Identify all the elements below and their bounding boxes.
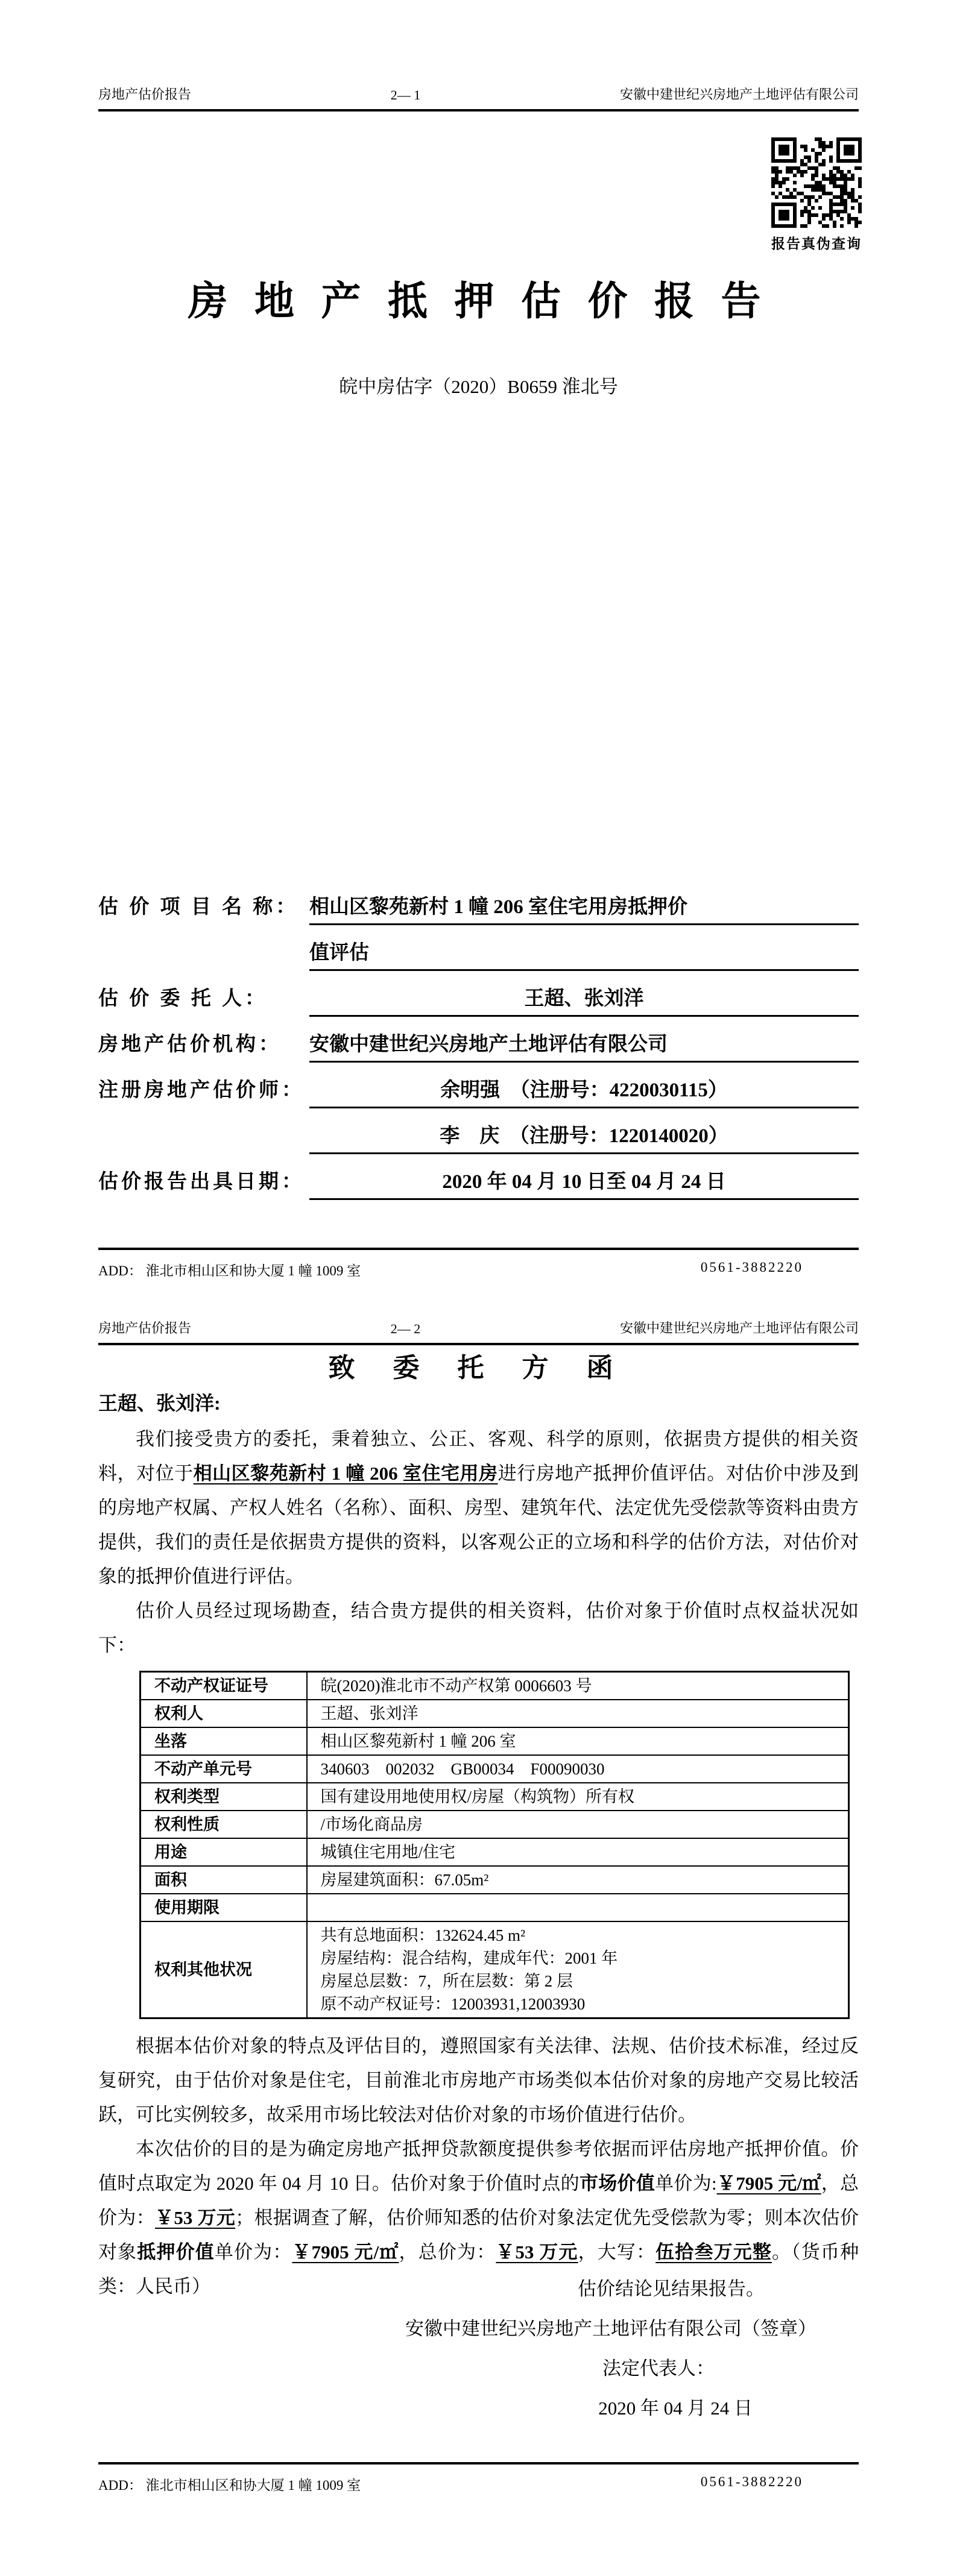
field-label: 房地产估价机构： (98, 1028, 309, 1063)
text-segment: ￥53 万元 (496, 2241, 578, 2263)
cover-fields-block: 估 价 项 目 名 称：相山区黎苑新村 1 幢 206 室住宅用房抵押价值评估估… (98, 891, 859, 1211)
field-value-underlined: 余明强 （注册号：4220030115） (309, 1074, 859, 1108)
letter-closing-block: 估价结论见结果报告。 安徽中建世纪兴房地产土地评估有限公司（签章） 法定代表人：… (98, 2269, 859, 2428)
cover-field-row: 房地产估价机构：安徽中建世纪兴房地产土地评估有限公司 (98, 1028, 859, 1063)
text-segment: ￥53 万元 (155, 2207, 235, 2228)
property-rights-table: 不动产权证证号皖(2020)淮北市不动产权第 0006603 号权利人王超、张刘… (139, 1671, 850, 2019)
table-row-label: 面积 (141, 1866, 307, 1894)
field-label (98, 937, 309, 971)
text-segment: ，总价为： (399, 2241, 496, 2263)
paragraph-engagement: 我们接受贵方的委托，秉着独立、公正、客观、科学的原则，依据贵方提供的相关资料，对… (98, 1422, 859, 1594)
field-value-underlined: 王超、张刘洋 (309, 982, 859, 1017)
footer-phone: 0561-3882220 (701, 1260, 859, 1280)
table-row-label: 不动产权证证号 (141, 1672, 307, 1700)
table-row-value: 皖(2020)淮北市不动产权第 0006603 号 (307, 1672, 849, 1700)
qr-code-icon (771, 137, 862, 228)
paragraph-inspection: 估价人员经过现场勘查，结合贵方提供的相关资料，估价对象于价值时点权益状况如下： (98, 1594, 859, 1662)
footer-address: ADD： 淮北市相山区和协大厦 1 幢 1009 室 (98, 2474, 361, 2494)
table-row-value: 340603 002032 GB00034 F00090030 (307, 1755, 849, 1783)
cover-field-row: 李 庆 （注册号：1220140020） (98, 1120, 859, 1154)
report-number: 皖中房估字（2020）B0659 淮北号 (0, 371, 957, 398)
cover-field-row: 注册房地产估价师：余明强 （注册号：4220030115） (98, 1074, 859, 1108)
page1-running-header: 房地产估价报告 2— 1 安徽中建世纪兴房地产土地评估有限公司 (98, 84, 859, 112)
table-value-line: 房屋结构：混合结构，建成年代：2001 年 (321, 1947, 844, 1970)
letter-title: 致 委 托 方 函 (0, 1346, 957, 1384)
table-row: 权利其他状况共有总地面积：132624.45 m²房屋结构：混合结构，建成年代：… (141, 1921, 849, 2018)
table-row: 用途城镇住宅用地/住宅 (141, 1838, 849, 1866)
field-value-underlined: 相山区黎苑新村 1 幢 206 室住宅用房抵押价 (309, 891, 859, 925)
page2-running-footer: ADD： 淮北市相山区和协大厦 1 幢 1009 室 0561-3882220 (98, 2462, 859, 2494)
field-label: 估 价 项 目 名 称： (98, 891, 309, 925)
text-segment: 单价为: (655, 2173, 716, 2194)
table-row: 权利类型国有建设用地使用权/房屋（构筑物）所有权 (141, 1783, 849, 1811)
table-row: 权利性质/市场化商品房 (141, 1811, 849, 1838)
table-row-value: 国有建设用地使用权/房屋（构筑物）所有权 (307, 1783, 849, 1811)
footer-phone: 0561-3882220 (701, 2474, 859, 2494)
table-row-label: 坐落 (141, 1727, 307, 1755)
letter-salutation: 王超、张刘洋: (98, 1388, 221, 1416)
table-row: 不动产权证证号皖(2020)淮北市不动产权第 0006603 号 (141, 1672, 849, 1700)
closing-legal-representative-line: 法定代表人： (98, 2349, 859, 2389)
footer-address: ADD： 淮北市相山区和协大厦 1 幢 1009 室 (98, 1260, 361, 1280)
table-value-line: 相山区黎苑新村 1 幢 206 室 (321, 1730, 844, 1753)
table-value-line: 城镇住宅用地/住宅 (321, 1841, 844, 1864)
header-company-name: 安徽中建世纪兴房地产土地评估有限公司 (620, 84, 859, 103)
closing-company-seal-line: 安徽中建世纪兴房地产土地评估有限公司（签章） (98, 2309, 859, 2349)
table-row: 面积房屋建筑面积：67.05m² (141, 1866, 849, 1894)
table-row-value: /市场化商品房 (307, 1811, 849, 1838)
text-segment: 抵押价值 (137, 2241, 215, 2263)
field-value-underlined: 安徽中建世纪兴房地产土地评估有限公司 (309, 1028, 859, 1063)
table-row-label: 权利性质 (141, 1811, 307, 1838)
closing-conclusion-note: 估价结论见结果报告。 (98, 2269, 859, 2309)
table-row-label: 权利人 (141, 1700, 307, 1727)
text-segment: 市场价值 (580, 2173, 655, 2194)
text-segment: ，大写： (578, 2241, 656, 2263)
table-row: 不动产单元号340603 002032 GB00034 F00090030 (141, 1755, 849, 1783)
table-value-line: 房屋建筑面积：67.05m² (321, 1868, 844, 1891)
field-label: 注册房地产估价师： (98, 1074, 309, 1108)
field-label: 估价报告出具日期： (98, 1166, 309, 1200)
text-segment: 单价为： (215, 2241, 292, 2263)
table-row-label: 用途 (141, 1838, 307, 1866)
table-value-line: 共有总地面积：132624.45 m² (321, 1924, 844, 1947)
header-doc-type: 房地产估价报告 (98, 1318, 191, 1337)
table-value-line: 王超、张刘洋 (321, 1702, 844, 1725)
table-row-label: 权利类型 (141, 1783, 307, 1811)
table-row: 使用期限 (141, 1894, 849, 1921)
text-segment: 根据本估价对象的特点及评估目的，遵照国家有关法律、法规、估价技术标准，经过反复研… (98, 2035, 859, 2125)
table-row: 权利人王超、张刘洋 (141, 1700, 849, 1727)
cover-field-row: 估价报告出具日期：2020 年 04 月 10 日至 04 月 24 日 (98, 1166, 859, 1200)
table-value-line: 皖(2020)淮北市不动产权第 0006603 号 (321, 1674, 844, 1697)
table-row-value: 共有总地面积：132624.45 m²房屋结构：混合结构，建成年代：2001 年… (307, 1921, 849, 2018)
paragraph-method: 根据本估价对象的特点及评估目的，遵照国家有关法律、法规、估价技术标准，经过反复研… (98, 2029, 859, 2132)
page1-running-footer: ADD： 淮北市相山区和协大厦 1 幢 1009 室 0561-3882220 (98, 1248, 859, 1280)
field-value-underlined: 李 庆 （注册号：1220140020） (309, 1120, 859, 1154)
text-segment: ￥7905 元/㎡ (292, 2241, 399, 2263)
closing-date: 2020 年 04 月 24 日 (98, 2389, 859, 2428)
table-row-value (307, 1894, 849, 1921)
header-company-name: 安徽中建世纪兴房地产土地评估有限公司 (620, 1318, 859, 1337)
table-value-line: /市场化商品房 (321, 1813, 844, 1836)
cover-field-row: 估 价 项 目 名 称：相山区黎苑新村 1 幢 206 室住宅用房抵押价 (98, 891, 859, 925)
appraisal-report-document: { "colors": { "text": "#000000", "backgr… (0, 0, 957, 2576)
qr-caption: 报告真伪查询 (771, 233, 862, 253)
cover-field-row-continuation: 值评估 (98, 937, 859, 971)
header-page-number: 2— 1 (391, 87, 421, 103)
text-segment: 伍拾叁万元整 (655, 2241, 772, 2263)
field-label: 估 价 委 托 人： (98, 982, 309, 1017)
table-row-label: 权利其他状况 (141, 1921, 307, 2018)
table-row-label: 使用期限 (141, 1894, 307, 1921)
text-segment: ￥7905 元/㎡ (717, 2173, 821, 2194)
page2-running-header: 房地产估价报告 2— 2 安徽中建世纪兴房地产土地评估有限公司 (98, 1318, 859, 1345)
cover-field-row: 估 价 委 托 人：王超、张刘洋 (98, 982, 859, 1017)
table-row-value: 王超、张刘洋 (307, 1700, 849, 1727)
table-value-line: 原不动产权证号：12003931,12003930 (321, 1993, 844, 2015)
field-value-underlined: 值评估 (309, 937, 859, 971)
table-row-value: 房屋建筑面积：67.05m² (307, 1866, 849, 1894)
table-value-line: 房屋总层数：7，所在层数：第 2 层 (321, 1970, 844, 1993)
table-row: 坐落相山区黎苑新村 1 幢 206 室 (141, 1727, 849, 1755)
report-verification-qr-block: 报告真伪查询 (771, 137, 862, 253)
report-title: 房 地 产 抵 押 估 价 报 告 (0, 269, 957, 326)
header-doc-type: 房地产估价报告 (98, 84, 191, 103)
page-2: 房地产估价报告 2— 2 安徽中建世纪兴房地产土地评估有限公司 致 委 托 方 … (0, 1288, 957, 2576)
table-row-label: 不动产单元号 (141, 1755, 307, 1783)
table-value-line: 国有建设用地使用权/房屋（构筑物）所有权 (321, 1785, 844, 1808)
letter-body: 我们接受贵方的委托，秉着独立、公正、客观、科学的原则，依据贵方提供的相关资料，对… (98, 1422, 859, 2304)
table-value-line: 340603 002032 GB00034 F00090030 (321, 1758, 844, 1780)
table-value-line (321, 1896, 844, 1919)
text-segment: 相山区黎苑新村 1 幢 206 室住宅用房 (194, 1463, 498, 1484)
header-page-number: 2— 2 (391, 1321, 421, 1337)
text-segment: 估价人员经过现场勘查，结合贵方提供的相关资料，估价对象于价值时点权益状况如下： (98, 1600, 859, 1656)
page-1: 房地产估价报告 2— 1 安徽中建世纪兴房地产土地评估有限公司 报告真伪查询 房… (0, 0, 957, 1288)
table-row-value: 城镇住宅用地/住宅 (307, 1838, 849, 1866)
field-label (98, 1120, 309, 1154)
field-value-underlined: 2020 年 04 月 10 日至 04 月 24 日 (309, 1166, 859, 1200)
table-row-value: 相山区黎苑新村 1 幢 206 室 (307, 1727, 849, 1755)
